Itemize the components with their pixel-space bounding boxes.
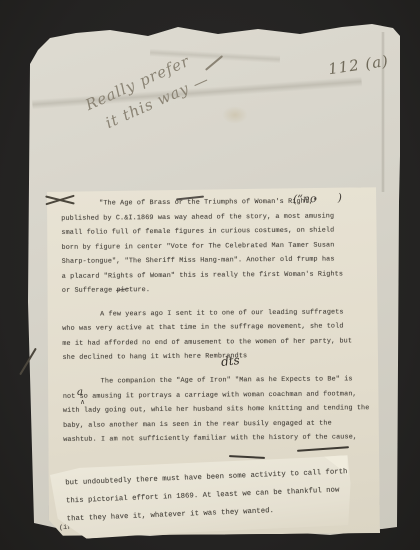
typed-line: a placard "Rights of Woman" this is real… [62, 267, 374, 284]
typed-line: washtub. I am not sufficiently familiar … [63, 430, 375, 447]
typed-line: she declined to hang it with here Rembra… [62, 349, 374, 366]
photographed-manuscript: Really prefer it this way — 112 (a) "The… [0, 0, 420, 550]
rembrandt-correction: dts [220, 353, 240, 369]
title-margin-note: (“no ) [293, 191, 342, 206]
typed-text-block: "The Age of Brass or the Triumphs of Wom… [61, 194, 375, 447]
inserted-letter: a [77, 387, 83, 398]
caret-mark: ∧ [80, 398, 85, 406]
slip-text-block: but undoubtedly there must have been som… [65, 463, 347, 529]
typed-line: or Sufferage picture. [62, 281, 374, 298]
